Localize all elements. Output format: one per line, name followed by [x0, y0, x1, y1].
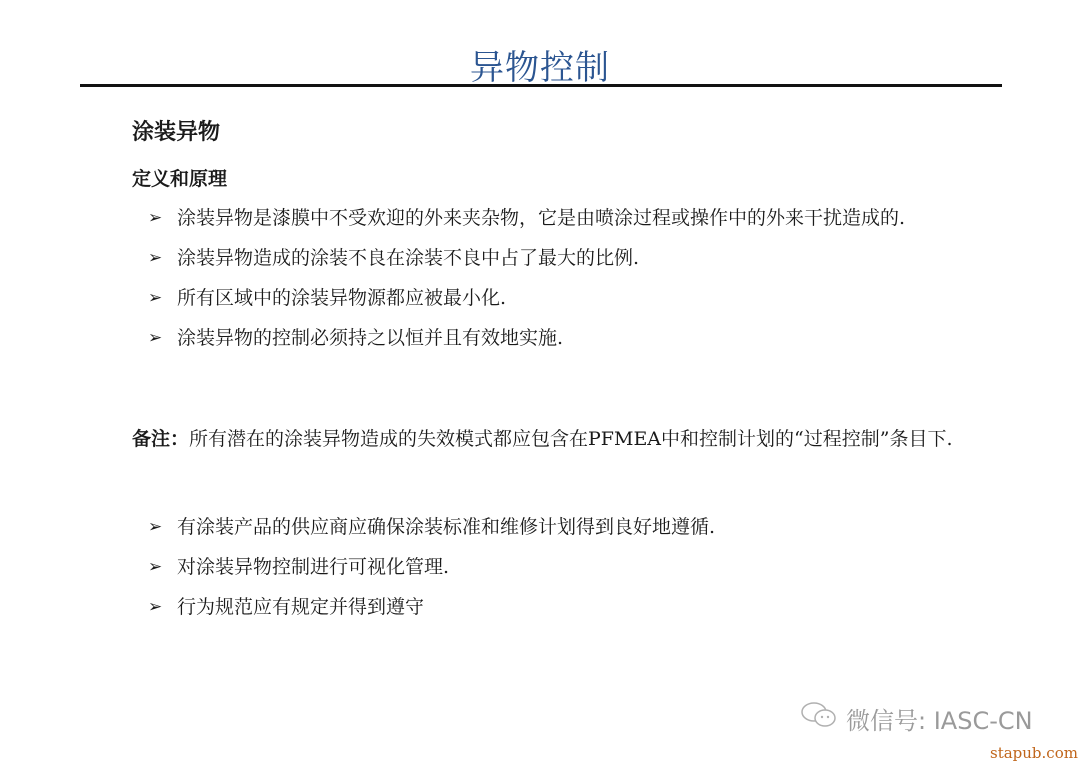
list-item: ➢涂装异物是漆膜中不受欢迎的外来夹杂物，它是由喷涂过程或操作中的外来干扰造成的.: [148, 205, 977, 231]
arrow-bullet-icon: ➢: [148, 554, 162, 580]
section-heading: 涂装异物: [132, 115, 220, 146]
arrow-bullet-icon: ➢: [148, 245, 162, 271]
list-item: ➢行为规范应有规定并得到遵守: [148, 594, 977, 620]
note-text: 所有潜在的涂装异物造成的失效模式都应包含在PFMEA中和控制计划的“过程控制”条…: [189, 428, 952, 450]
site-watermark: stapub.com: [990, 744, 1078, 762]
arrow-bullet-icon: ➢: [148, 325, 162, 351]
note-paragraph: 备注：所有潜在的涂装异物造成的失效模式都应包含在PFMEA中和控制计划的“过程控…: [132, 426, 962, 452]
list-item: ➢对涂装异物控制进行可视化管理.: [148, 554, 977, 580]
primary-bullet-list: ➢涂装异物是漆膜中不受欢迎的外来夹杂物，它是由喷涂过程或操作中的外来干扰造成的.…: [148, 205, 977, 365]
secondary-bullet-list: ➢有涂装产品的供应商应确保涂装标准和维修计划得到良好地遵循. ➢对涂装异物控制进…: [148, 514, 977, 634]
arrow-bullet-icon: ➢: [148, 205, 162, 231]
arrow-bullet-icon: ➢: [148, 594, 162, 620]
subsection-heading: 定义和原理: [132, 164, 227, 191]
title-divider: [80, 84, 1002, 87]
arrow-bullet-icon: ➢: [148, 285, 162, 311]
list-item: ➢所有区域中的涂装异物源都应被最小化.: [148, 285, 977, 311]
arrow-bullet-icon: ➢: [148, 514, 162, 540]
wechat-icon: [800, 700, 840, 736]
list-item: ➢涂装异物造成的涂装不良在涂装不良中占了最大的比例.: [148, 245, 977, 271]
list-item: ➢有涂装产品的供应商应确保涂装标准和维修计划得到良好地遵循.: [148, 514, 977, 540]
note-label: 备注：: [132, 428, 189, 450]
watermark-text: 微信号: IASC-CN: [846, 701, 1033, 736]
watermark: 微信号: IASC-CN: [800, 700, 1033, 736]
list-item: ➢涂装异物的控制必须持之以恒并且有效地实施.: [148, 325, 977, 351]
slide-title: 异物控制: [0, 40, 1080, 89]
